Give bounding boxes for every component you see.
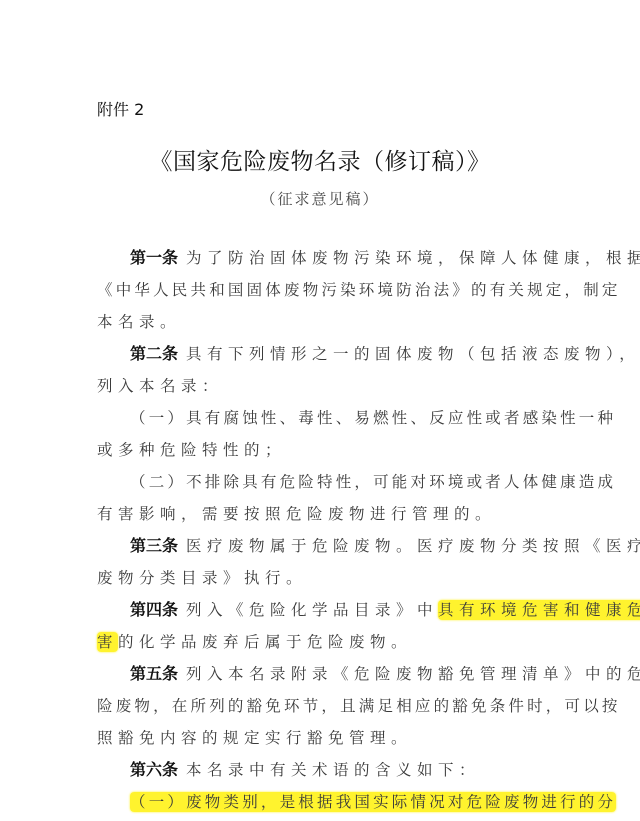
article-6-line-1: 第六条本名录中有关术语的含义如下：: [97, 756, 547, 788]
document-subtitle: （征求意见稿）: [0, 188, 640, 209]
highlighted-text: 具有环境危害和健康危: [438, 600, 640, 620]
article-text: 列入本名录附录《危险废物豁免管理清单》中的危: [186, 665, 640, 683]
highlighted-text: 害: [97, 632, 118, 652]
article-text: 具有下列情形之一的固体废物（包括液态废物），: [186, 345, 640, 363]
article-3-line-1: 第三条医疗废物属于危险废物。医疗废物分类按照《医疗: [97, 532, 547, 564]
article-4-line-2: 害的化学品废弃后属于危险废物。: [97, 628, 547, 660]
article-label: 第一条: [130, 248, 178, 267]
article-3-line-2: 废物分类目录》执行。: [97, 564, 547, 596]
article-label: 第三条: [130, 536, 178, 555]
document-body: 第一条为了防治固体废物污染环境，保障人体健康，根据 《中华人民共和国固体废物污染…: [97, 244, 547, 820]
article-4-line-1: 第四条列入《危险化学品目录》中具有环境危害和健康危: [97, 596, 547, 628]
article-text: 为了防治固体废物污染环境，保障人体健康，根据: [186, 249, 640, 267]
article-5-line-2: 险废物，在所列的豁免环节，且满足相应的豁免条件时，可以按: [97, 692, 547, 724]
article-text: 本名录中有关术语的含义如下：: [186, 761, 480, 779]
article-text: 列入《危险化学品目录》中: [186, 601, 438, 619]
article-2-line-1: 第二条具有下列情形之一的固体废物（包括液态废物），: [97, 340, 547, 372]
article-1-line-2: 《中华人民共和国固体废物污染环境防治法》的有关规定，制定: [97, 276, 547, 308]
article-text: 医疗废物属于危险废物。医疗废物分类按照《医疗: [186, 537, 640, 555]
article-text: 的化学品废弃后属于危险废物。: [118, 633, 412, 651]
article-label: 第五条: [130, 664, 178, 683]
article-label: 第六条: [130, 760, 178, 779]
article-2-line-2: 列入本名录：: [97, 372, 547, 404]
article-2-item-2-line-2: 有害影响，需要按照危险废物进行管理的。: [97, 500, 547, 532]
article-2-item-1-line-2: 或多种危险特性的；: [97, 436, 547, 468]
highlighted-text: （一）废物类别，是根据我国实际情况对危险废物进行的分: [130, 792, 616, 812]
attachment-label: 附件 2: [97, 97, 144, 120]
document-title: 《国家危险废物名录（修订稿）》: [0, 143, 640, 176]
article-2-item-1-line-1: （一）具有腐蚀性、毒性、易燃性、反应性或者感染性一种: [97, 404, 547, 436]
article-5-line-1: 第五条列入本名录附录《危险废物豁免管理清单》中的危: [97, 660, 547, 692]
article-6-item-1-line-1: （一）废物类别，是根据我国实际情况对危险废物进行的分: [97, 788, 547, 820]
article-5-line-3: 照豁免内容的规定实行豁免管理。: [97, 724, 547, 756]
article-2-item-2-line-1: （二）不排除具有危险特性，可能对环境或者人体健康造成: [97, 468, 547, 500]
article-label: 第二条: [130, 344, 178, 363]
article-1-line-1: 第一条为了防治固体废物污染环境，保障人体健康，根据: [97, 244, 547, 276]
article-label: 第四条: [130, 600, 178, 619]
article-1-line-3: 本名录。: [97, 308, 547, 340]
